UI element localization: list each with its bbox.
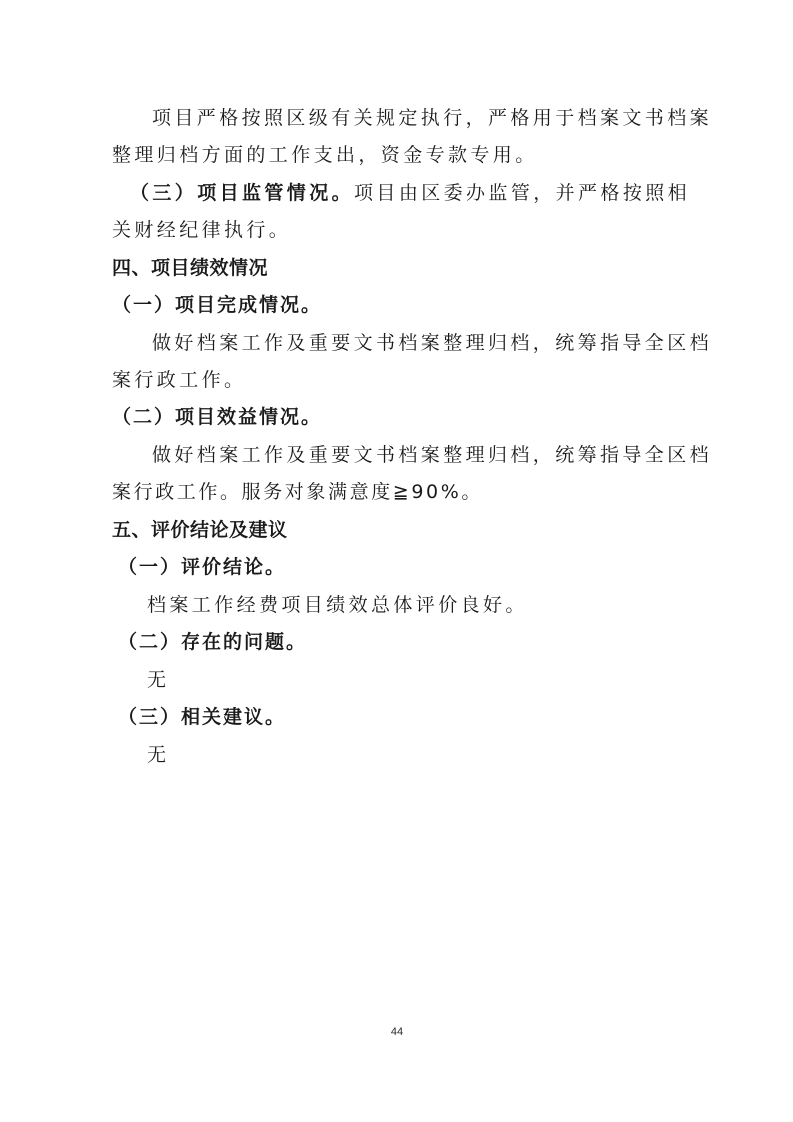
paragraph-line: 整理归档方面的工作支出，资金专款专用。 [112,143,686,167]
subsection-heading: （二）项目效益情况。 [112,405,686,429]
paragraph-line: 档案工作经费项目绩效总体评价良好。 [147,593,681,617]
subsection-heading: （一）评价结论。 [118,555,692,579]
paragraph-line: 案行政工作。服务对象满意度≧90%。 [112,480,686,504]
subsection-heading: （三）相关建议。 [118,705,692,729]
paragraph-line: 无 [147,743,681,767]
paragraph-line: 做好档案工作及重要文书档案整理归档，统筹指导全区档 [152,443,686,467]
inline-heading: （三）项目监管情况。 [130,182,354,204]
subsection-heading: （一）项目完成情况。 [112,293,686,317]
document-page: 项目严格按照区级有关规定执行，严格用于档案文书档案 整理归档方面的工作支出，资金… [0,0,793,1122]
section-heading: 四、项目绩效情况 [112,256,686,280]
section-heading: 五、评价结论及建议 [112,518,686,542]
paragraph-line: 无 [147,668,681,692]
paragraph-with-lead: （三）项目监管情况。项目由区委办监管，并严格按照相 [130,181,704,205]
subsection-heading: （二）存在的问题。 [118,630,692,654]
paragraph-line: 关财经纪律执行。 [112,218,686,242]
paragraph-line: 案行政工作。 [112,368,686,392]
paragraph-line: 做好档案工作及重要文书档案整理归档，统筹指导全区档 [152,331,686,355]
paragraph-line: 项目严格按照区级有关规定执行，严格用于档案文书档案 [152,106,686,130]
page-number: 44 [385,1025,409,1039]
paragraph-text: 项目由区委办监管，并严格按照相 [354,182,690,204]
